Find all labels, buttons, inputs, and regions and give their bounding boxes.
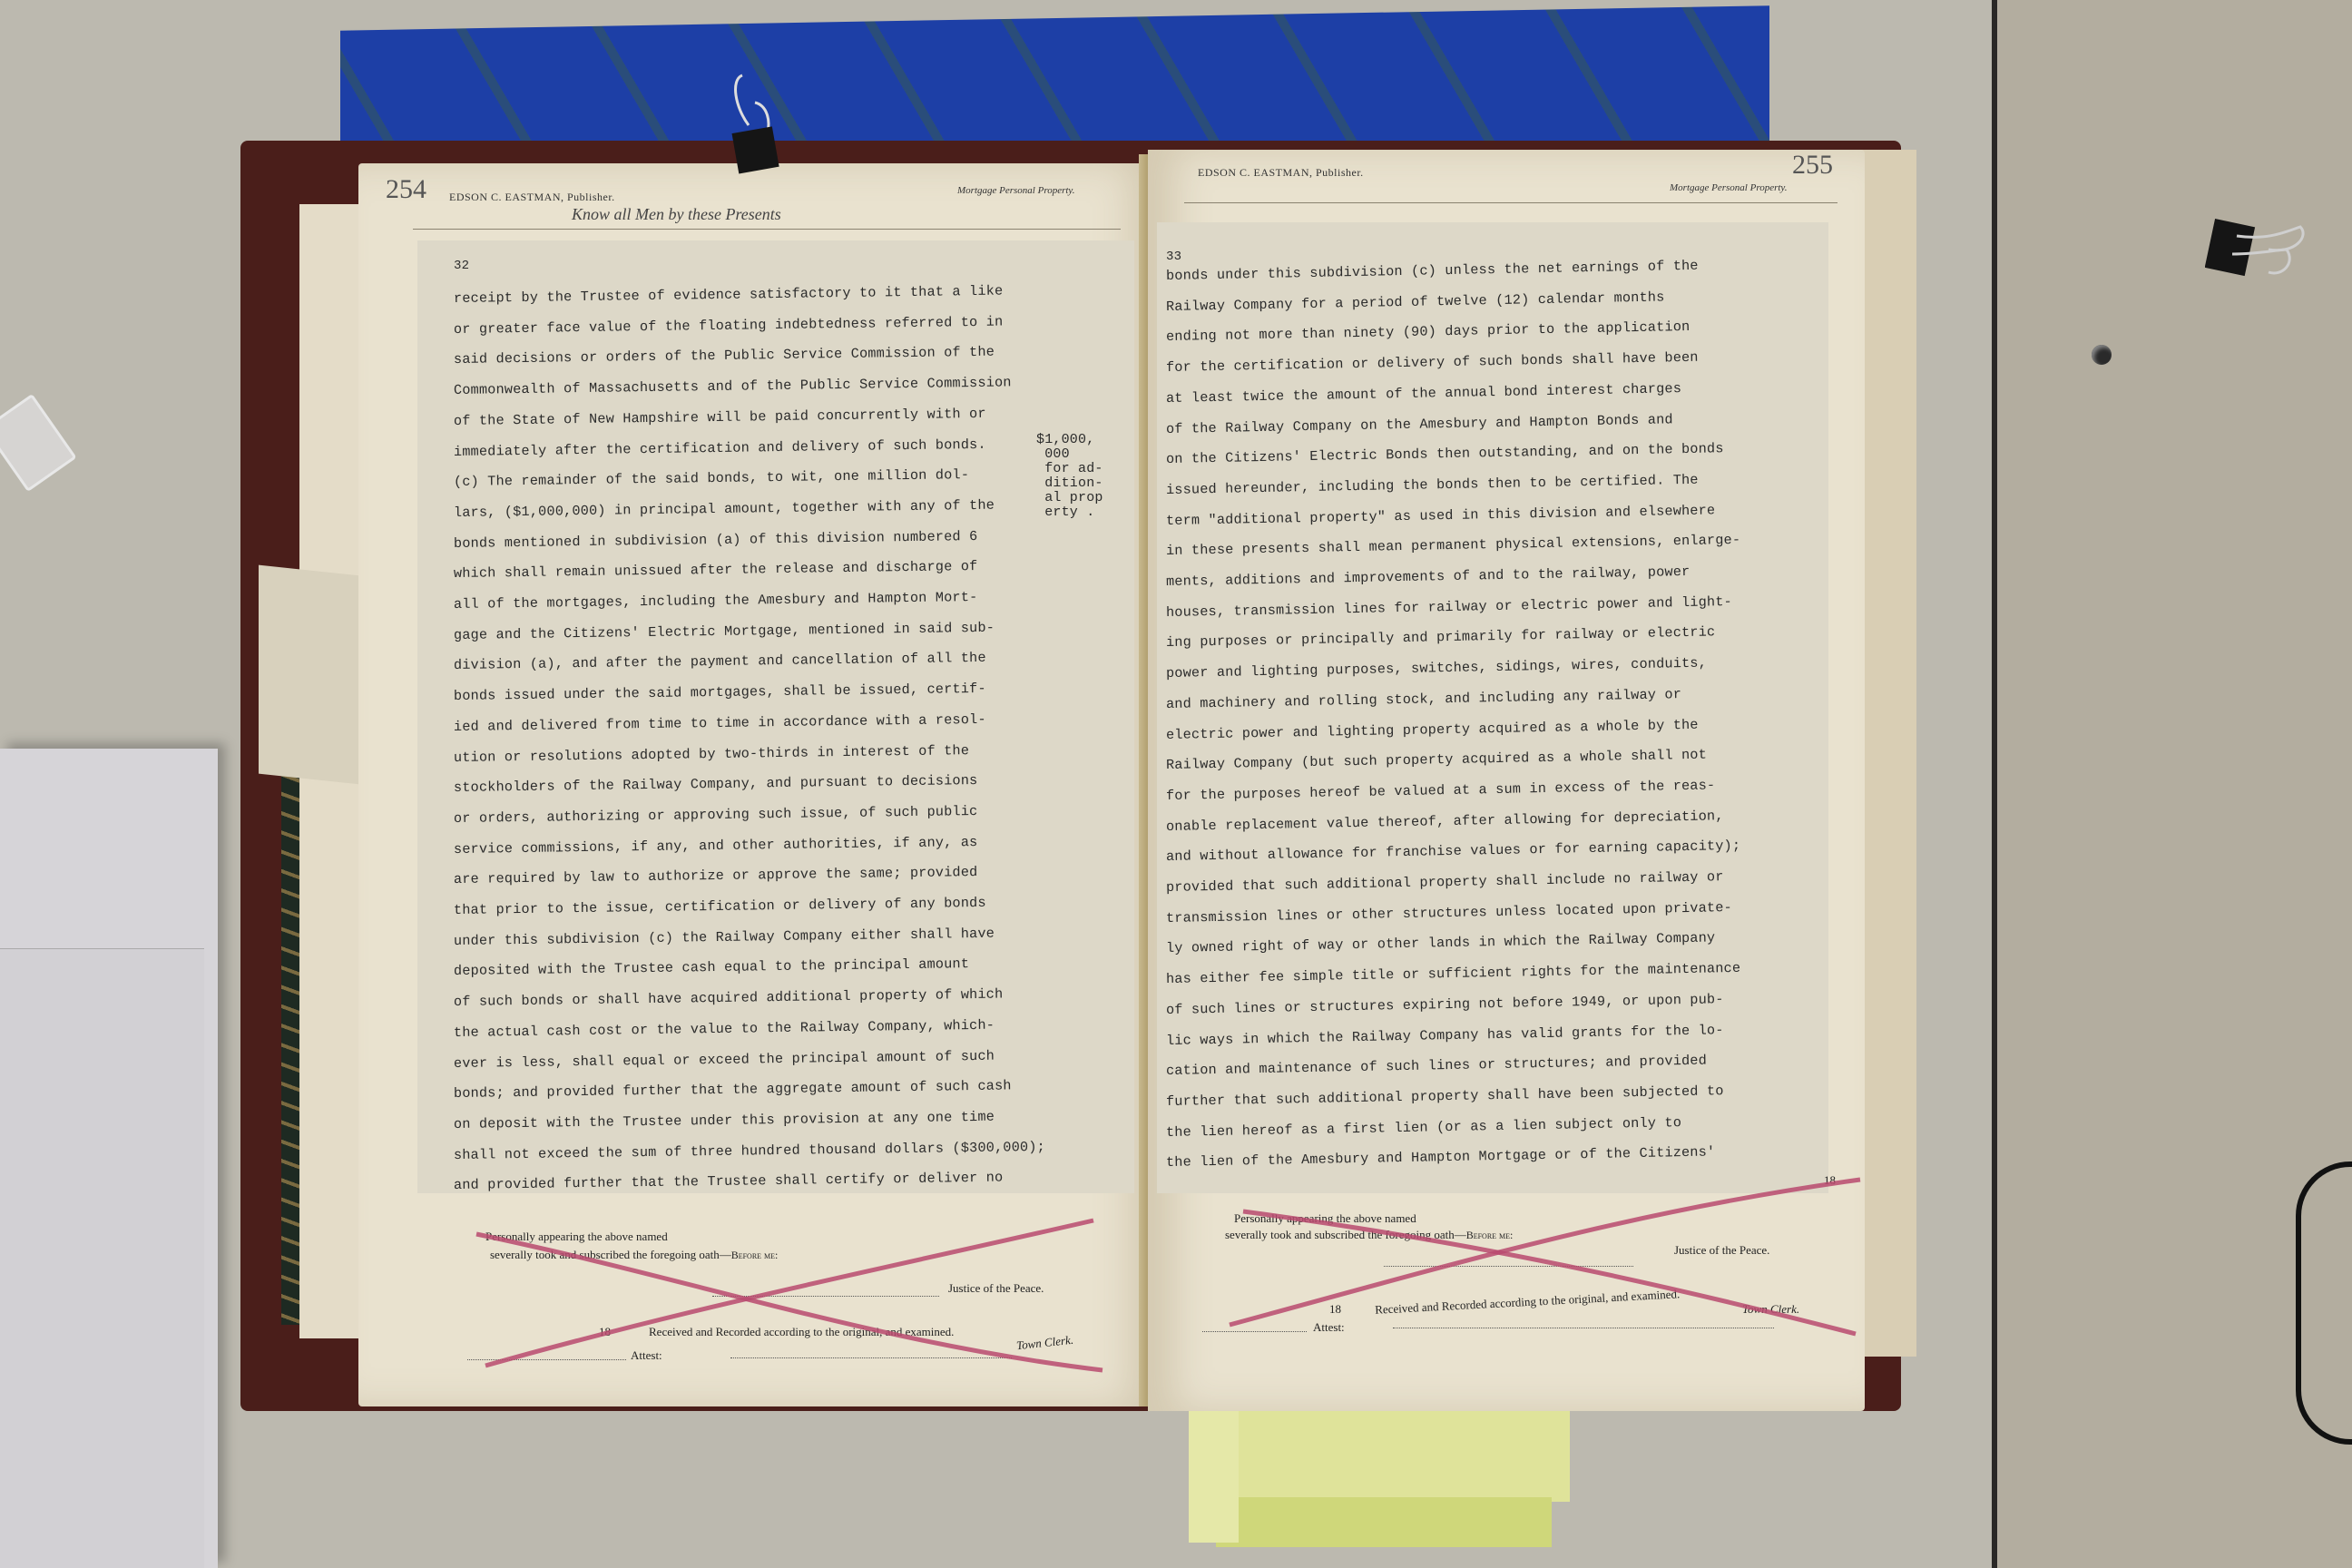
typed-line: Commonwealth of Massachusetts and of the… <box>454 375 1012 399</box>
typed-line: further that such additional property sh… <box>1166 1083 1724 1110</box>
binder-clip <box>2205 209 2314 290</box>
typed-line: bonds mentioned in subdivision (a) of th… <box>454 528 978 552</box>
header-rule <box>1184 202 1837 203</box>
typed-line: Railway Company for a period of twelve (… <box>1166 289 1665 315</box>
typed-line: bonds under this subdivision (c) unless … <box>1166 258 1699 284</box>
typed-line: cation and maintenance of such lines or … <box>1166 1053 1707 1079</box>
typed-line: receipt by the Trustee of evidence satis… <box>454 283 1004 307</box>
typed-line: stockholders of the Railway Company, and… <box>454 772 978 796</box>
header-rule <box>413 229 1121 230</box>
typed-line: for the purposes hereof be valued at a s… <box>1166 777 1716 804</box>
typed-line: ing purposes or principally and primaril… <box>1166 624 1716 652</box>
margin-note: $1,000, 000 for ad- dition- al prop erty… <box>1036 433 1103 520</box>
header-script: Know all Men by these Presents <box>572 205 781 224</box>
typed-line: the lien hereof as a first lien (or as a… <box>1166 1114 1681 1141</box>
typed-line: ied and delivered from time to time in a… <box>454 711 986 735</box>
typed-line: all of the mortgages, including the Ames… <box>454 589 978 612</box>
typed-line: the lien of the Amesbury and Hampton Mor… <box>1166 1144 1716 1171</box>
typed-sheet: 33 bonds under this subdivision (c) unle… <box>1157 222 1828 1193</box>
typed-line: shall not exceed the sum of three hundre… <box>454 1138 1045 1162</box>
typed-line: gage and the Citizens' Electric Mortgage… <box>454 619 995 642</box>
typed-line: deposited with the Trustee cash equal to… <box>454 955 969 979</box>
typed-line: and provided further that the Trustee sh… <box>454 1170 1004 1193</box>
typed-line: and machinery and rolling stock, and inc… <box>1166 686 1681 712</box>
running-head: Mortgage Personal Property. <box>1670 182 1787 193</box>
typed-line: ever is less, shall equal or exceed the … <box>454 1047 995 1071</box>
typed-line: houses, transmission lines for railway o… <box>1166 593 1732 621</box>
typed-line: at least twice the amount of the annual … <box>1166 380 1681 407</box>
typed-line: power and lighting purposes, switches, s… <box>1166 655 1707 681</box>
typed-sheet: 32 receipt by the Trustee of evidence sa… <box>417 240 1134 1193</box>
typed-line: of the Railway Company on the Amesbury a… <box>1166 411 1673 437</box>
left-page: 254 EDSON C. EASTMAN, Publisher. Mortgag… <box>358 163 1157 1406</box>
typed-line: or greater face value of the floating in… <box>454 313 1004 337</box>
right-page: EDSON C. EASTMAN, Publisher. 255 Mortgag… <box>1148 150 1865 1411</box>
typed-line: and without allowance for franchise valu… <box>1166 838 1741 865</box>
typed-line: bonds; and provided further that the agg… <box>454 1078 1012 1102</box>
typed-line: in these presents shall mean permanent p… <box>1166 532 1741 559</box>
typed-line: or orders, authorizing or approving such… <box>454 803 978 827</box>
red-cross-out-mark <box>1220 1175 1874 1338</box>
typed-line: which shall remain unissued after the re… <box>454 558 978 582</box>
sticky-note <box>1189 1388 1239 1543</box>
typed-line: Railway Company (but such property acqui… <box>1166 747 1707 773</box>
sticky-note <box>1216 1497 1552 1547</box>
typed-line: under this subdivision (c) the Railway C… <box>454 925 995 948</box>
typed-line: of such bonds or shall have acquired add… <box>454 986 1004 1010</box>
page-number: 255 <box>1792 150 1833 181</box>
typed-line: that prior to the issue, certification o… <box>454 895 986 918</box>
typed-line: on the Citizens' Electric Bonds then out… <box>1166 440 1724 467</box>
typed-line: of the State of New Hampshire will be pa… <box>454 406 986 429</box>
typed-line: (c) The remainder of the said bonds, to … <box>454 466 969 490</box>
typed-line: lars, ($1,000,000) in principal amount, … <box>454 497 995 521</box>
black-cable <box>2296 1161 2352 1445</box>
typed-line: lic ways in which the Railway Company ha… <box>1166 1022 1724 1049</box>
typed-line: for the certification or delivery of suc… <box>1166 349 1699 376</box>
typed-page-number: 33 <box>1166 250 1181 264</box>
binder-clip <box>726 71 789 180</box>
desk-hole <box>2092 345 2112 365</box>
publisher-imprint: EDSON C. EASTMAN, Publisher. <box>449 191 615 204</box>
typed-line: electric power and lighting property acq… <box>1166 716 1699 742</box>
typed-line: service commissions, if any, and other a… <box>454 834 978 857</box>
page-number: 254 <box>386 174 426 205</box>
running-head: Mortgage Personal Property. <box>957 185 1074 196</box>
typed-line: on deposit with the Trustee under this p… <box>454 1109 995 1132</box>
typed-line: ending not more than ninety (90) days pr… <box>1166 318 1690 345</box>
typed-line: ly owned right of way or other lands in … <box>1166 930 1716 957</box>
typed-line: the actual cash cost or the value to the… <box>454 1016 995 1040</box>
typed-line: division (a), and after the payment and … <box>454 650 986 673</box>
white-paper-sheet-lower <box>0 948 204 1568</box>
typed-line: of such lines or structures expiring not… <box>1166 991 1724 1018</box>
publisher-imprint: EDSON C. EASTMAN, Publisher. <box>1198 166 1364 180</box>
typed-line: immediately after the certification and … <box>454 436 986 459</box>
typed-line: bonds issued under the said mortgages, s… <box>454 681 986 704</box>
typed-line: are required by law to authorize or appr… <box>454 864 978 887</box>
typed-line: term "additional property" as used in th… <box>1166 502 1716 529</box>
typed-line: onable replacement value thereof, after … <box>1166 808 1724 835</box>
typed-line: said decisions or orders of the Public S… <box>454 344 995 367</box>
typed-line: transmission lines or other structures u… <box>1166 899 1732 926</box>
typed-line: ution or resolutions adopted by two-thir… <box>454 742 969 766</box>
red-cross-out-mark <box>467 1216 1121 1379</box>
typed-page-number: 32 <box>454 259 469 273</box>
typed-line: ments, additions and improvements of and… <box>1166 563 1690 590</box>
typed-line: issued hereunder, including the bonds th… <box>1166 472 1699 498</box>
typed-line: has either fee simple title or sufficien… <box>1166 960 1741 987</box>
typed-line: provided that such additional property s… <box>1166 868 1724 896</box>
